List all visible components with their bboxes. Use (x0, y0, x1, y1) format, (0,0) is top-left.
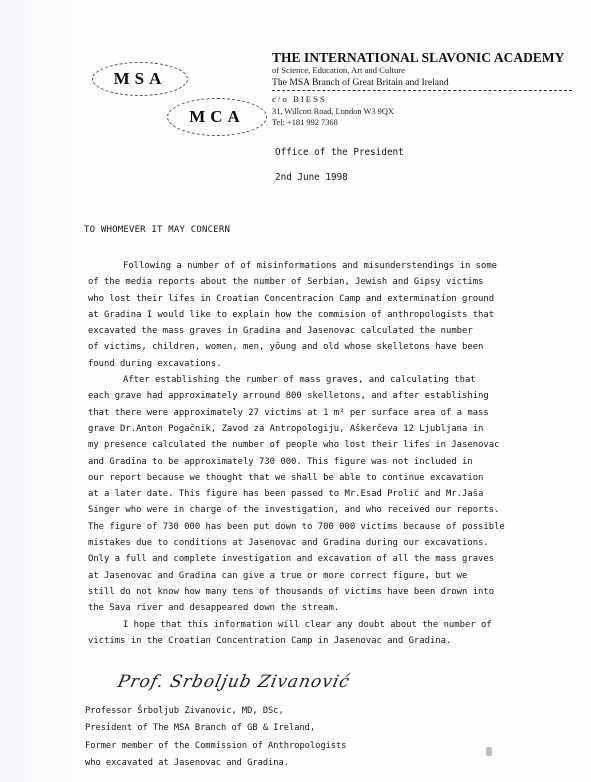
body-line: found during excavations. (88, 356, 568, 372)
body-line: mistakes due to conditions at Jasenovac … (88, 535, 568, 551)
body-line: grave Dr.Anton Pogačnik, Zavod za Antrop… (88, 421, 568, 437)
handwritten-signature: Prof. Srboljub Zivanović (116, 672, 352, 692)
signature-block-line: Professor Šrboljub Zivanovic, MD, DSc, (85, 703, 347, 720)
letter-page: MSA MCA THE INTERNATIONAL SLAVONIC ACADE… (0, 0, 591, 782)
body-line: excavated the mass graves in Gradina and… (88, 323, 568, 339)
body-line: Following a number of of misinformations… (88, 258, 568, 274)
body-line: at a later date. This figure has been pa… (88, 486, 568, 502)
body-line: victims in the Croatian Concentration Ca… (88, 633, 568, 649)
signature-block-line: President of The MSA Branch of GB & Irel… (85, 720, 347, 737)
body-line: who lost their lifes in Croatian Concent… (88, 291, 568, 307)
body-line: Only a full and complete investigation a… (88, 551, 568, 567)
office-line: Office of the President (275, 147, 404, 158)
body-line: that there were approximately 27 victims… (88, 405, 568, 421)
body-line: The figure of 730 000 has been put down … (88, 519, 568, 535)
academy-title: THE INTERNATIONAL SLAVONIC ACADEMY (272, 50, 582, 65)
body-line: the Sava river and desappeared down the … (88, 600, 568, 616)
signature-block-line: Former member of the Commission of Anthr… (85, 738, 347, 755)
salutation: TO WHOMEVER IT MAY CONCERN (84, 225, 230, 235)
body-line: of victims, children, women, men, yŏung… (88, 339, 568, 355)
body-line: at Gradina I would like to explain how t… (88, 307, 568, 323)
body-line: my presence calculated the number of peo… (88, 437, 568, 453)
msa-logo: MSA (92, 62, 188, 96)
body-line: I hope that this information will clear … (88, 617, 568, 633)
msa-logo-text: MSA (114, 69, 167, 89)
signature-block-line: who excavated at Jasenovac and Gradina. (85, 755, 347, 772)
letter-date: 2nd June 1998 (275, 172, 348, 183)
body-line: still do not know how many tens of thous… (88, 584, 568, 600)
body-line: each grave had approximately arround 800… (88, 388, 568, 404)
phone-line: Tel: +181 992 7368 (272, 117, 582, 129)
letter-body: Following a number of of misinformations… (88, 258, 568, 649)
body-line: of the media reports about the number of… (88, 274, 568, 290)
body-line: at Jasenovac and Gradina can give a true… (88, 568, 568, 584)
academy-subtitle: of Science, Education, Art and Culture (272, 65, 582, 76)
body-line: and Gradina to be approximately 730 000.… (88, 454, 568, 470)
body-line: our report because we thought that we sh… (88, 470, 568, 486)
mca-logo-text: MCA (189, 107, 245, 127)
address-line: 31, Willcott Road, London W3 9QX (272, 106, 582, 118)
body-line: After establishing the rumber of mass gr… (88, 372, 568, 388)
organisation-line: c/o BIESS (272, 94, 582, 106)
page-mark (486, 747, 492, 756)
body-line: Singer who were in charge of the investi… (88, 502, 568, 518)
branch-name: The MSA Branch of Great Britain and Irel… (272, 76, 572, 91)
letterhead: THE INTERNATIONAL SLAVONIC ACADEMY of Sc… (272, 50, 582, 129)
mca-logo: MCA (167, 98, 267, 136)
signature-block: Professor Šrboljub Zivanovic, MD, DSc,Pr… (85, 703, 347, 773)
